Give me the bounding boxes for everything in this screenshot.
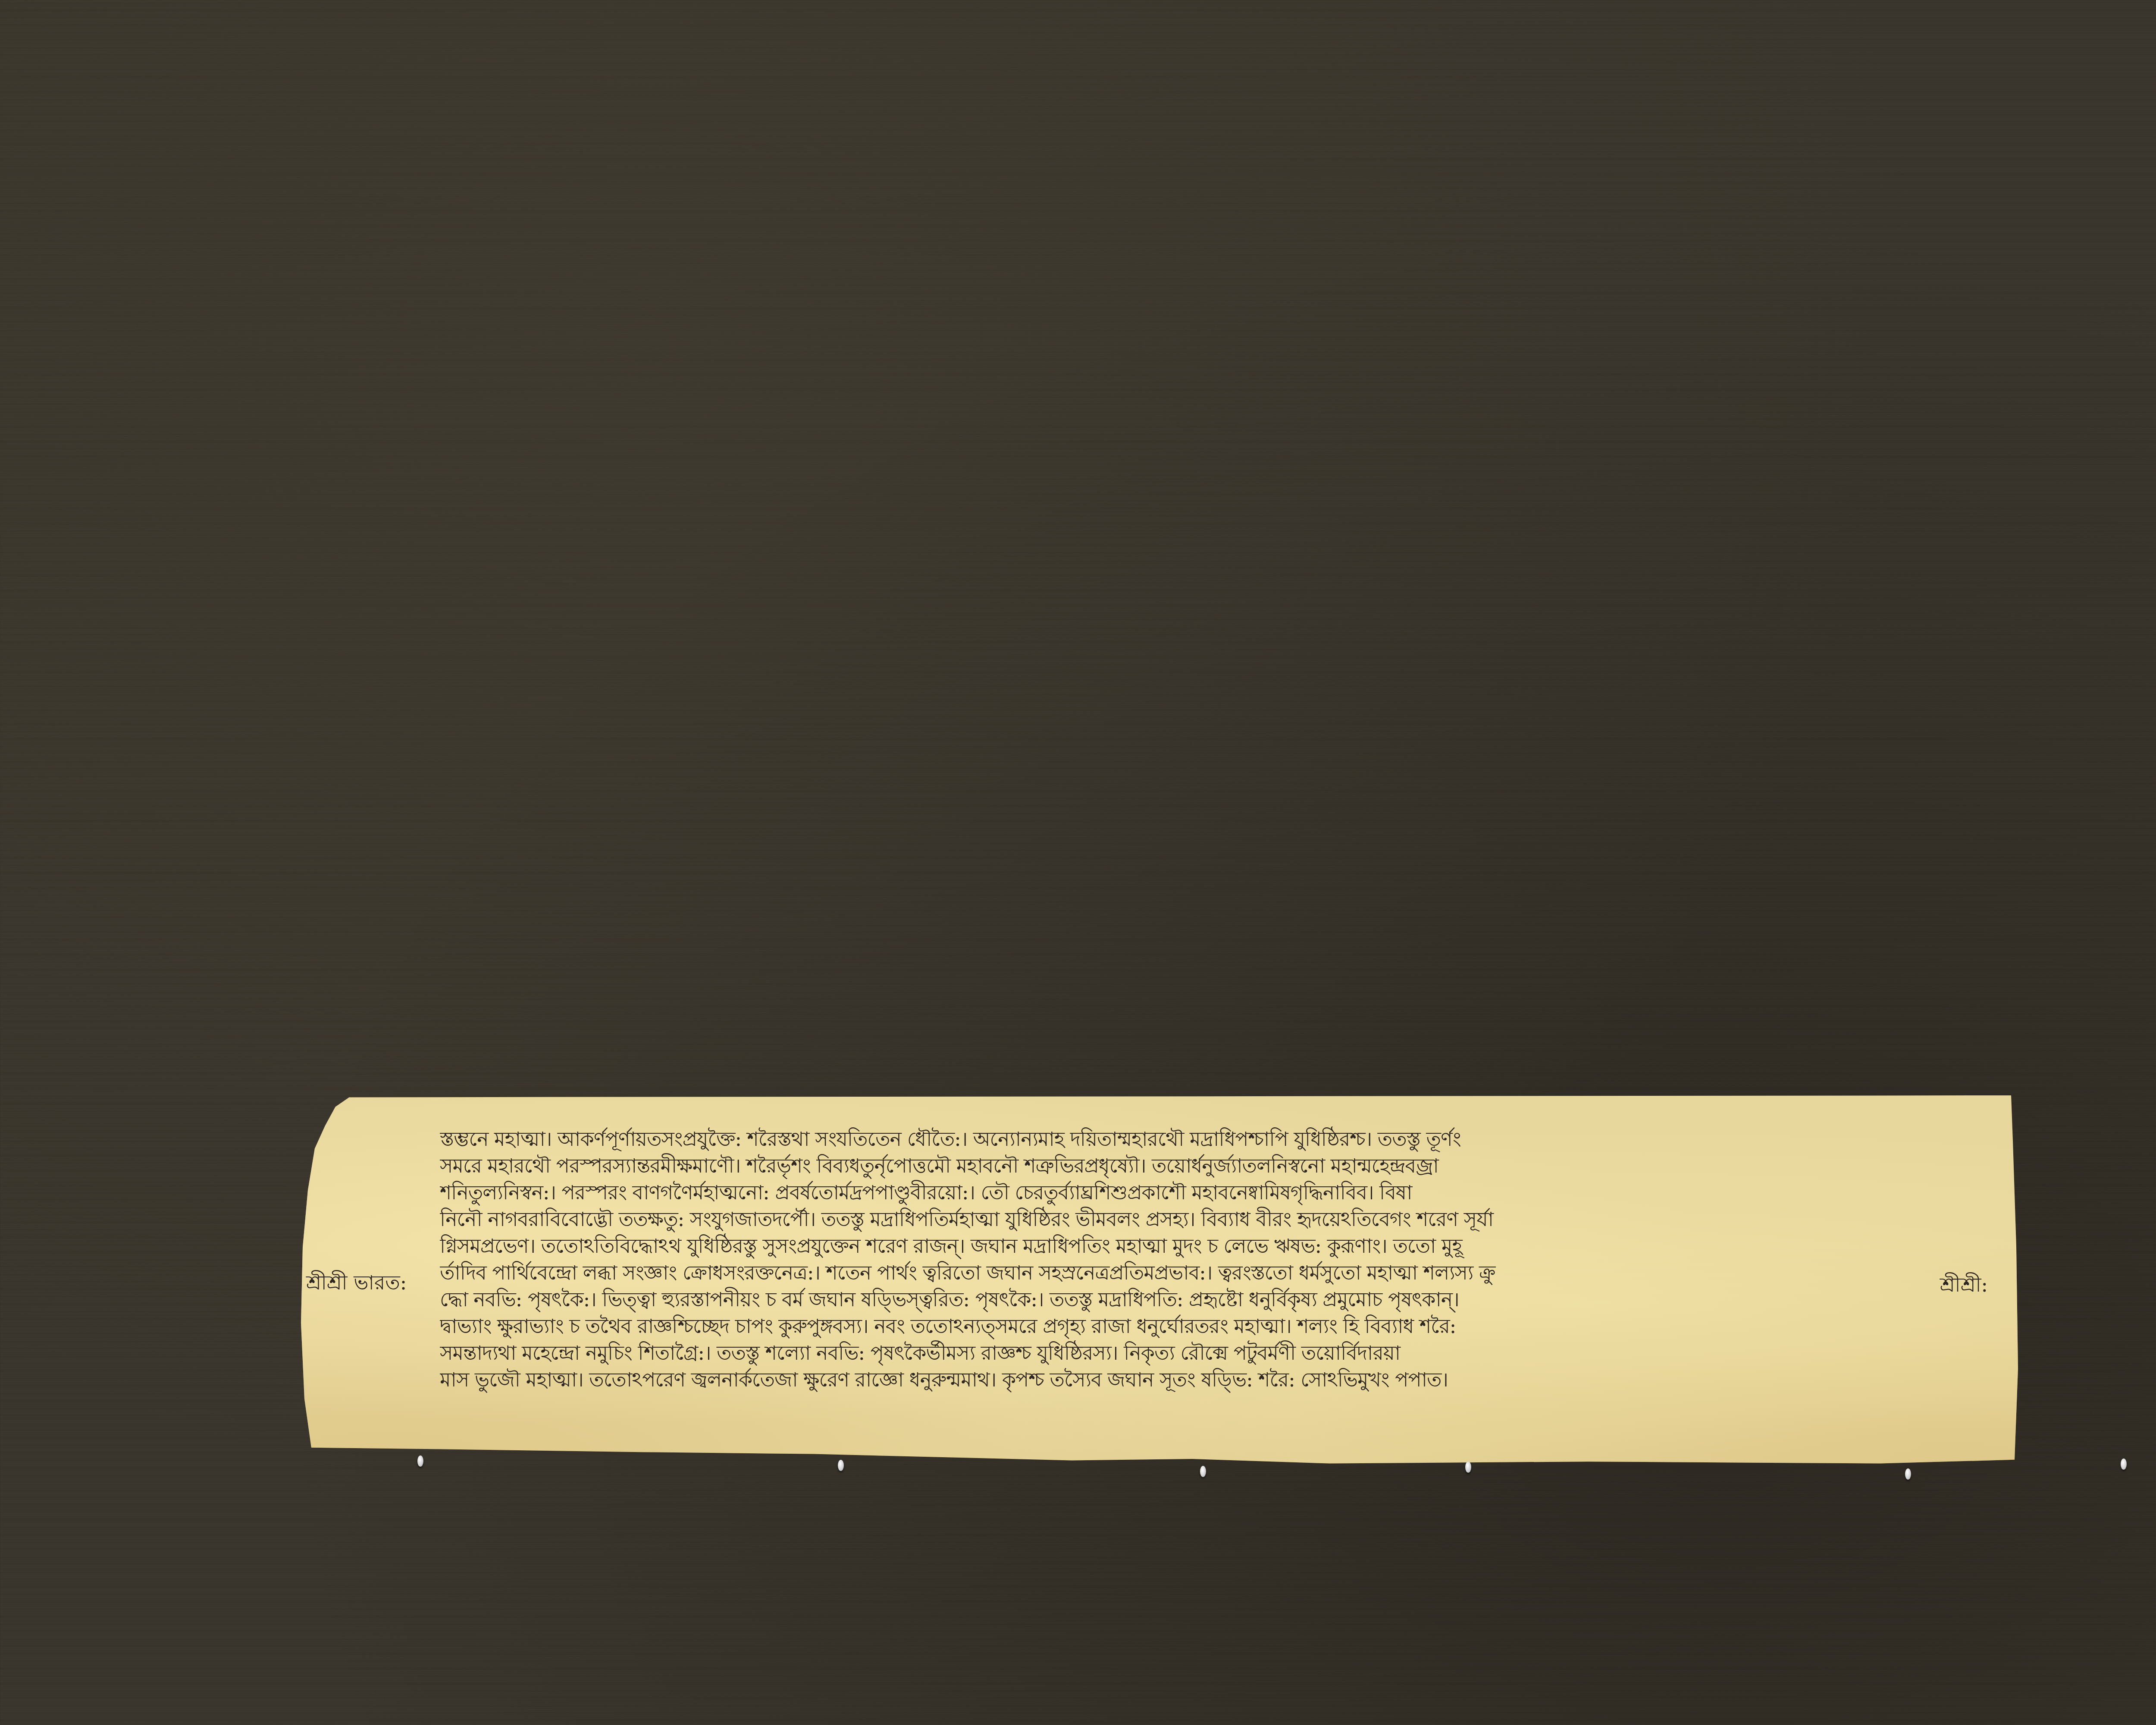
manuscript-leaf: শ্রীশ্রী ভারত: স্তম্ভনে মহাত্মা। আকর্ণপূ… [298,1095,2018,1475]
pin-icon [417,1455,423,1467]
manuscript-line: র্তাদিব পার্থিবেন্দ্রো লব্ধা সংজ্ঞাং ক্র… [440,1259,1897,1286]
pin-icon [2121,1458,2127,1470]
manuscript-line: মাস ভুজৌ মহাত্মা। ততোঽপরেণ জ্বলনার্কতেজা… [440,1366,1897,1393]
left-margin-label: শ্রীশ্রী ভারত: [306,1268,407,1301]
mount-board-background [0,0,2156,1725]
manuscript-line: গ্নিসমপ্রভেণ। ততোঽতিবিদ্ধোঽথ যুধিষ্ঠিরস্… [440,1233,1897,1259]
pin-icon [1465,1462,1471,1473]
manuscript-line: দ্বাভ্যাং ক্ষুরাভ্যাং চ তথৈব রাজ্ঞশ্চিচ্… [440,1313,1897,1339]
manuscript-line: নিনৌ নাগবরাবিবোদ্ভৌ ততক্ষতু: সংযুগজাতদর্… [440,1206,1897,1233]
pin-icon [838,1460,844,1471]
pin-icon [1200,1466,1206,1477]
manuscript-text-block: স্তম্ভনে মহাত্মা। আকর্ণপূর্ণায়তসংপ্রযুক… [440,1126,1897,1393]
right-margin-label: শ্রীশ্রী: [1940,1270,1988,1303]
pin-icon [1905,1468,1911,1480]
manuscript-line: সমরে মহারথৌ পরস্পরস্যান্তরমীক্ষমাণৌ। শরৈ… [440,1152,1897,1179]
manuscript-line: দ্ধো নবভি: পৃষৎকৈ:। ভিত্ত্বা হ্যুরস্তাপন… [440,1286,1897,1313]
manuscript-line: সমন্তাদ্যথা মহেন্দ্রো নমুচিং শিতাগ্রৈ:। … [440,1339,1897,1366]
manuscript-line: শনিতুল্যনিস্বন:। পরস্পরং বাণগণৈর্মহাত্মন… [440,1179,1897,1206]
manuscript-line: স্তম্ভনে মহাত্মা। আকর্ণপূর্ণায়তসংপ্রযুক… [440,1126,1897,1152]
